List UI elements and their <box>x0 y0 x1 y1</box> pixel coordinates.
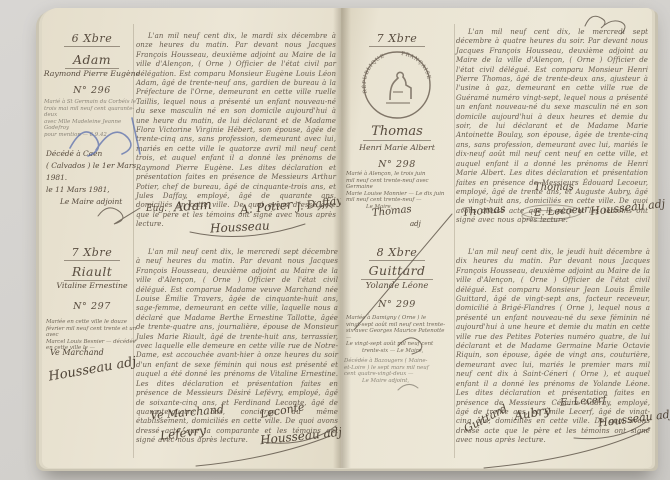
act-298-surname: Thomas <box>350 124 444 141</box>
act-296-pencil-marriage-note: Marié à St Germain du Corbéis le trois m… <box>44 99 144 139</box>
margin-signature: adj <box>410 220 421 228</box>
signature: Adam <box>174 198 213 216</box>
act-297-given-names: Vitaline Ernestine <box>42 281 142 290</box>
act-299-number: N° 299 <box>350 299 444 310</box>
seal-arc-right-text: FRANÇAISE <box>401 51 432 80</box>
act-298-number: N° 298 <box>350 159 444 170</box>
book-gutter <box>333 8 351 468</box>
act-299-death-annotation: Décédée à Bazougers ( Maine- et-Loire ) … <box>344 358 452 384</box>
act-296-margin-date: 6 Xbre <box>50 32 134 47</box>
right-page: 7 Xbre RÉPUBLIQUE FRANÇAISE Thomas Henri… <box>341 8 652 468</box>
act-299-margin-date: 8 Xbre <box>354 246 440 261</box>
left-page: 6 Xbre Adam Raymond Pierre Eugène N° 296… <box>42 8 341 468</box>
act-298-body: L'an mil neuf cent dix, le mercredi sept… <box>456 28 648 226</box>
seal-seated-figure <box>390 72 411 100</box>
signature: Eug. <box>146 204 167 214</box>
svg-text:RÉPUBLIQUE: RÉPUBLIQUE <box>360 53 386 94</box>
open-register-book: 6 Xbre Adam Raymond Pierre Eugène N° 296… <box>42 8 652 468</box>
act-296-surname: Adam <box>50 52 134 69</box>
act-299-surname: Guittard <box>350 263 444 280</box>
republique-francaise-seal: RÉPUBLIQUE FRANÇAISE <box>360 48 434 122</box>
signature: Thomas <box>534 182 574 193</box>
margin-rule-right <box>454 24 455 458</box>
act-297-margin-date: 7 Xbre <box>50 246 134 261</box>
svg-text:FRANÇAISE: FRANÇAISE <box>401 51 432 80</box>
act-297-number: N° 297 <box>50 301 134 312</box>
act-298-given-names: Henri Marie Albert <box>344 143 450 152</box>
margin-signature: Ve Marchand <box>50 348 104 357</box>
act-299-given-names: Yolande Léone <box>346 281 448 291</box>
act-297-surname: Riault <box>50 264 134 281</box>
act-296-number: N° 296 <box>50 85 134 96</box>
margin-signature: Housseau adj <box>47 354 137 384</box>
act-296-given-names: Raymond Pierre Eugène <box>42 69 142 78</box>
signature: Housseau <box>210 218 270 235</box>
act-296-death-annotation: Décédé à Caen ( Calvados ) le 1er Mars 1… <box>46 148 144 208</box>
act-298-margin-date: 7 Xbre <box>354 32 440 47</box>
scanned-civil-register: 6 Xbre Adam Raymond Pierre Eugène N° 296… <box>0 0 670 480</box>
seal-arc-left-text: RÉPUBLIQUE <box>360 53 386 94</box>
act-299-marriage-note: Mariée à Damigny ( Orne ) le vingt-sept … <box>346 315 450 355</box>
